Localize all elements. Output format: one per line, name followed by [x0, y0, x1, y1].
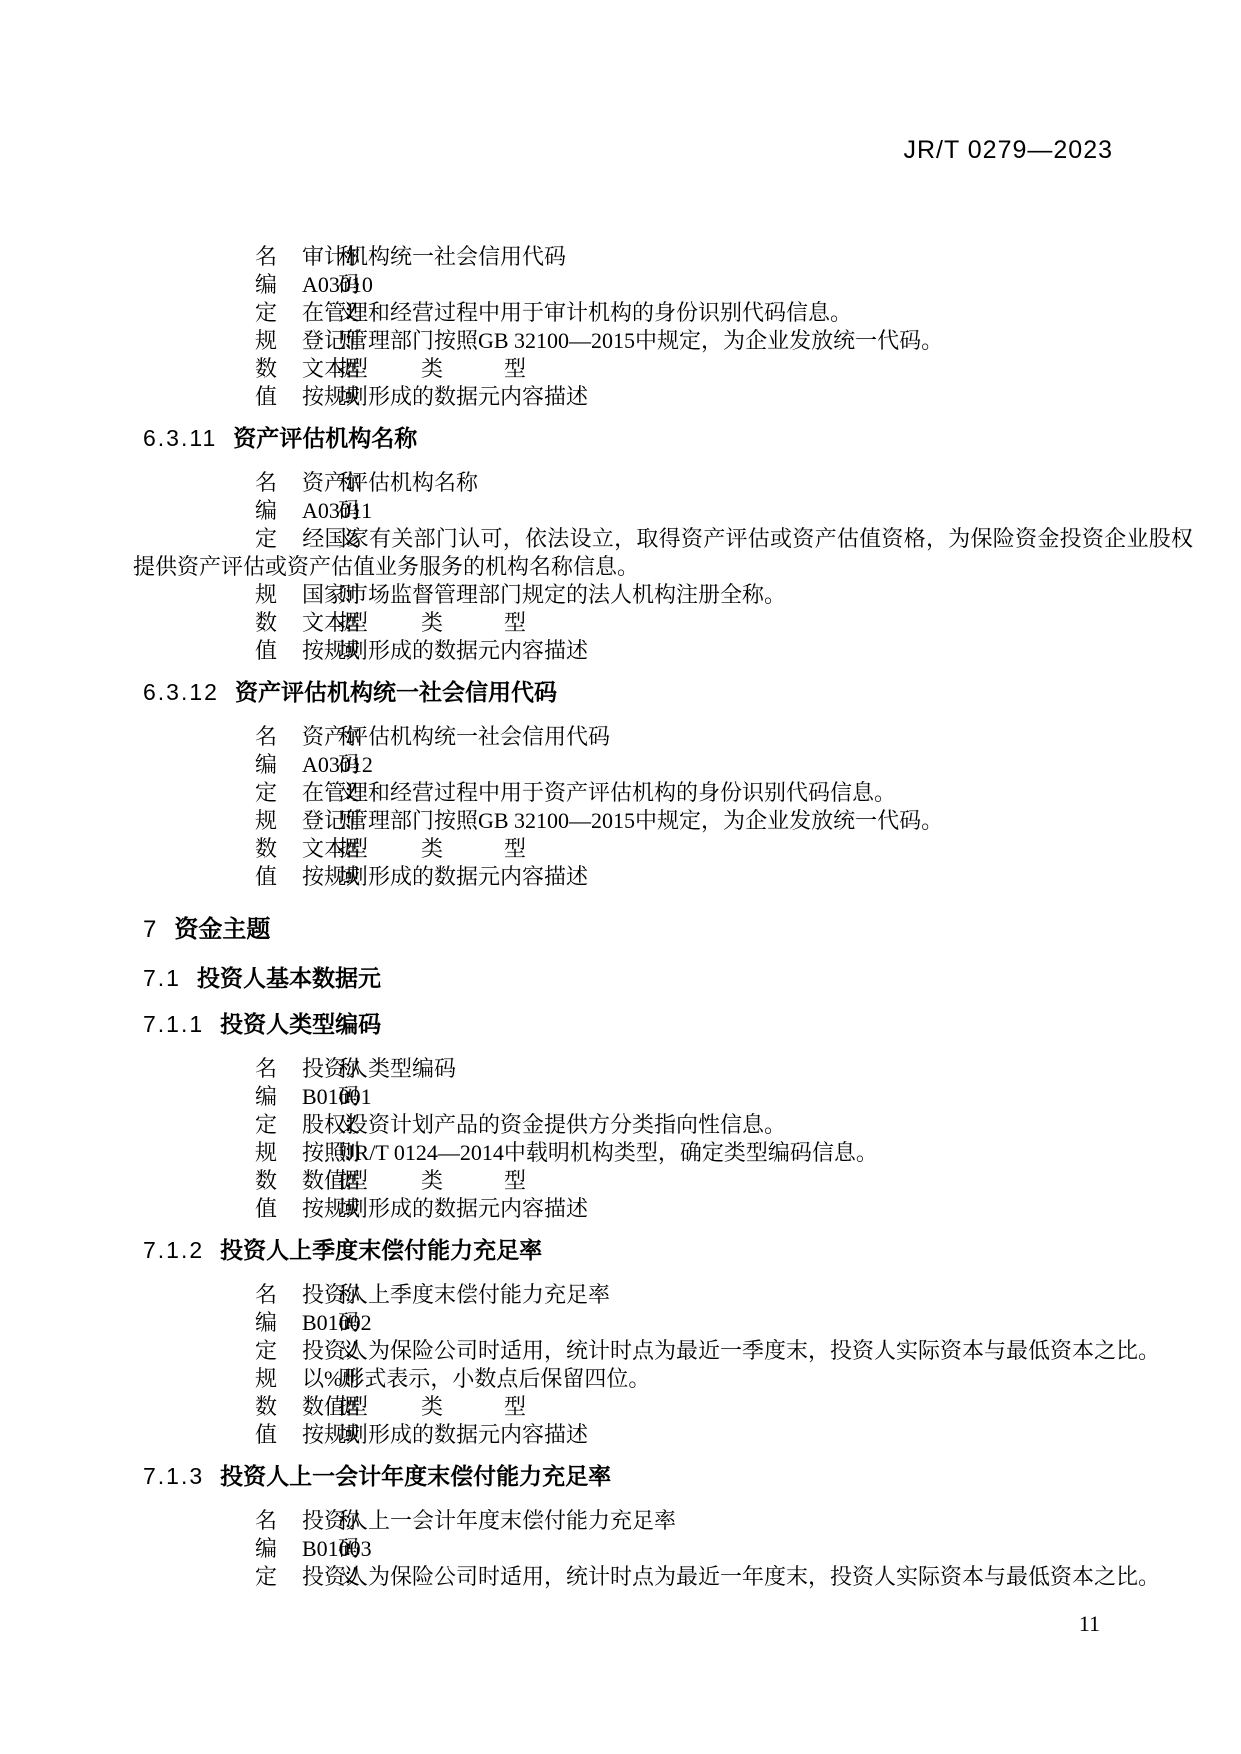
field-colon: ：	[282, 1281, 302, 1309]
field-label-char: 名	[194, 1507, 277, 1535]
data-element-field: 规则：以%形式表示，小数点后保留四位。	[133, 1365, 1193, 1393]
field-value: 投资人上季度末偿付能力充足率	[302, 1282, 610, 1307]
field-label-char: 数	[194, 1393, 277, 1421]
section-heading: 7.1投资人基本数据元	[143, 963, 1193, 993]
field-label-char: 编	[194, 1535, 277, 1563]
field-label: 数据类型	[194, 835, 282, 863]
field-label: 定义	[194, 1337, 282, 1365]
field-label: 定义	[194, 525, 282, 553]
field-colon: ：	[282, 1337, 302, 1365]
field-label-char: 名	[194, 1055, 277, 1083]
field-value: 按规则形成的数据元内容描述	[302, 638, 588, 663]
field-label: 定义	[194, 299, 282, 327]
field-colon: ：	[282, 581, 302, 609]
field-colon: ：	[282, 1563, 302, 1591]
field-value: 文本型	[302, 356, 368, 381]
field-value: 在管理和经营过程中用于审计机构的身份识别代码信息。	[302, 300, 852, 325]
field-label-char: 名	[194, 723, 277, 751]
field-label-char: 值	[194, 383, 277, 411]
data-element-field: 名称：资产评估机构统一社会信用代码	[133, 723, 1193, 751]
field-label: 名称	[194, 243, 282, 271]
data-element-field: 名称：资产评估机构名称	[133, 469, 1193, 497]
data-element-field: 编码：B01001	[133, 1083, 1193, 1111]
field-value: 在管理和经营过程中用于资产评估机构的身份识别代码信息。	[302, 780, 896, 805]
field-colon: ：	[282, 1139, 302, 1167]
section-title: 投资人类型编码	[220, 1011, 381, 1037]
data-element-field: 数据类型：文本型	[133, 609, 1193, 637]
field-label-char: 值	[194, 1421, 277, 1449]
field-label-char: 类	[360, 835, 443, 863]
field-label-char: 规	[194, 1365, 277, 1393]
field-value: 登记管理部门按照GB 32100—2015中规定，为企业发放统一代码。	[302, 328, 943, 353]
field-label: 名称	[194, 469, 282, 497]
field-colon: ：	[282, 609, 302, 637]
page-number: 11	[1079, 1610, 1100, 1638]
doc-standard-code: JR/T 0279—2023	[904, 134, 1114, 166]
field-colon: ：	[282, 469, 302, 497]
field-value: 登记管理部门按照GB 32100—2015中规定，为企业发放统一代码。	[302, 808, 943, 833]
field-label-char: 型	[443, 609, 526, 637]
section-number: 7.1.1	[143, 1011, 204, 1037]
field-label-char: 规	[194, 1139, 277, 1167]
field-label: 值域	[194, 383, 282, 411]
data-element-field: 编码：A03012	[133, 751, 1193, 779]
field-value: 资产评估机构名称	[302, 470, 478, 495]
field-label-char: 定	[194, 1563, 277, 1591]
field-label-char: 值	[194, 1195, 277, 1223]
field-label-char: 类	[360, 355, 443, 383]
field-label-char: 编	[194, 751, 277, 779]
field-label: 定义	[194, 1563, 282, 1591]
data-element-field: 定义：投资人为保险公司时适用，统计时点为最近一季度末，投资人实际资本与最低资本之…	[133, 1337, 1193, 1365]
data-element-field: 编码：B01003	[133, 1535, 1193, 1563]
field-label-char: 数	[194, 609, 277, 637]
field-colon: ：	[282, 383, 302, 411]
field-label-char: 名	[194, 243, 277, 271]
field-label: 数据类型	[194, 1393, 282, 1421]
data-element-field: 规则：国家市场监督管理部门规定的法人机构注册全称。	[133, 581, 1193, 609]
field-label-char: 定	[194, 525, 277, 553]
data-element-field: 数据类型：文本型	[133, 835, 1193, 863]
section-number: 7.1	[143, 965, 181, 991]
field-colon: ：	[282, 1055, 302, 1083]
field-label-char: 数	[194, 355, 277, 383]
field-colon: ：	[282, 1167, 302, 1195]
field-label-char: 定	[194, 1111, 277, 1139]
field-colon: ：	[282, 1507, 302, 1535]
field-value: 数值型	[302, 1168, 368, 1193]
field-label-char: 值	[194, 863, 277, 891]
data-element-field: 定义：在管理和经营过程中用于资产评估机构的身份识别代码信息。	[133, 779, 1193, 807]
field-colon: ：	[282, 327, 302, 355]
field-value: B01003	[302, 1536, 372, 1561]
field-label: 名称	[194, 1055, 282, 1083]
data-element-field: 数据类型：文本型	[133, 355, 1193, 383]
field-colon: ：	[282, 355, 302, 383]
section-title: 投资人上季度末偿付能力充足率	[220, 1237, 542, 1263]
field-value: 按规则形成的数据元内容描述	[302, 1196, 588, 1221]
field-label: 编码	[194, 497, 282, 525]
data-element-field: 编码：A03011	[133, 497, 1193, 525]
field-label-char: 定	[194, 1337, 277, 1365]
document-page: JR/T 0279—2023 名称：审计机构统一社会信用代码编码：A03010定…	[0, 0, 1241, 1754]
field-label: 编码	[194, 1535, 282, 1563]
field-value: A03011	[302, 498, 372, 523]
field-value: 资产评估机构统一社会信用代码	[302, 724, 610, 749]
field-value: 按规则形成的数据元内容描述	[302, 1422, 588, 1447]
field-value: 按规则形成的数据元内容描述	[302, 384, 588, 409]
field-label-char: 数	[194, 835, 277, 863]
field-colon: ：	[282, 497, 302, 525]
field-colon: ：	[282, 271, 302, 299]
data-element-field: 定义：投资人为保险公司时适用，统计时点为最近一年度末，投资人实际资本与最低资本之…	[133, 1563, 1193, 1591]
data-element-field: 名称：投资人上一会计年度末偿付能力充足率	[133, 1507, 1193, 1535]
field-label: 名称	[194, 1281, 282, 1309]
field-colon: ：	[282, 1535, 302, 1563]
field-label: 编码	[194, 271, 282, 299]
section-number: 7	[143, 916, 158, 943]
field-label-char: 值	[194, 637, 277, 665]
field-colon: ：	[282, 1309, 302, 1337]
data-element-field: 值域：按规则形成的数据元内容描述	[133, 863, 1193, 891]
data-element-field: 规则：按照JR/T 0124—2014中载明机构类型，确定类型编码信息。	[133, 1139, 1193, 1167]
data-element-field: 规则：登记管理部门按照GB 32100—2015中规定，为企业发放统一代码。	[133, 807, 1193, 835]
field-label-char: 类	[360, 1167, 443, 1195]
field-colon: ：	[282, 723, 302, 751]
data-element-field: 定义：经国家有关部门认可，依法设立，取得资产评估或资产估值资格，为保险资金投资企…	[133, 525, 1193, 581]
field-colon: ：	[282, 1195, 302, 1223]
field-value: 投资人上一会计年度末偿付能力充足率	[302, 1508, 676, 1533]
data-element-field: 名称：审计机构统一社会信用代码	[133, 243, 1193, 271]
field-value: 审计机构统一社会信用代码	[302, 244, 566, 269]
field-value: 文本型	[302, 610, 368, 635]
field-label-char: 定	[194, 779, 277, 807]
field-value: 投资人类型编码	[302, 1056, 456, 1081]
section-number: 7.1.2	[143, 1237, 204, 1263]
field-colon: ：	[282, 835, 302, 863]
field-label: 名称	[194, 1507, 282, 1535]
field-label: 规则	[194, 581, 282, 609]
field-label-char: 类	[360, 1393, 443, 1421]
section-number: 7.1.3	[143, 1463, 204, 1489]
data-element-field: 名称：投资人上季度末偿付能力充足率	[133, 1281, 1193, 1309]
field-label-char: 类	[360, 609, 443, 637]
field-label: 规则	[194, 1139, 282, 1167]
data-element-field: 规则：登记管理部门按照GB 32100—2015中规定，为企业发放统一代码。	[133, 327, 1193, 355]
field-label: 规则	[194, 327, 282, 355]
field-value: B01002	[302, 1310, 372, 1335]
data-element-field: 值域：按规则形成的数据元内容描述	[133, 637, 1193, 665]
document-body: 名称：审计机构统一社会信用代码编码：A03010定义：在管理和经营过程中用于审计…	[133, 243, 1193, 1591]
field-value: 投资人为保险公司时适用，统计时点为最近一年度末，投资人实际资本与最低资本之比。	[302, 1564, 1160, 1589]
field-label-char: 名	[194, 1281, 277, 1309]
field-value: 股权投资计划产品的资金提供方分类指向性信息。	[302, 1112, 786, 1137]
field-colon: ：	[282, 1421, 302, 1449]
section-heading: 7.1.2投资人上季度末偿付能力充足率	[143, 1235, 1193, 1265]
field-label: 数据类型	[194, 609, 282, 637]
field-label-char: 型	[443, 1167, 526, 1195]
field-label-char: 编	[194, 271, 277, 299]
field-colon: ：	[282, 1365, 302, 1393]
field-label-char: 编	[194, 1309, 277, 1337]
field-label: 数据类型	[194, 1167, 282, 1195]
field-value: 文本型	[302, 836, 368, 861]
field-colon: ：	[282, 525, 302, 553]
field-colon: ：	[282, 637, 302, 665]
field-value: A03010	[302, 272, 373, 297]
data-element-field: 数据类型：数值型	[133, 1167, 1193, 1195]
field-label-char: 编	[194, 1083, 277, 1111]
field-label-char: 规	[194, 581, 277, 609]
field-label-char: 编	[194, 497, 277, 525]
field-value: 按规则形成的数据元内容描述	[302, 864, 588, 889]
section-title: 资产评估机构统一社会信用代码	[235, 679, 557, 705]
field-label: 编码	[194, 1083, 282, 1111]
field-label: 规则	[194, 807, 282, 835]
section-number: 6.3.12	[143, 679, 219, 705]
data-element-field: 数据类型：数值型	[133, 1393, 1193, 1421]
field-value: 按照JR/T 0124—2014中载明机构类型，确定类型编码信息。	[302, 1140, 878, 1165]
field-label: 定义	[194, 779, 282, 807]
field-label-char: 数	[194, 1167, 277, 1195]
section-title: 投资人基本数据元	[197, 965, 381, 991]
field-colon: ：	[282, 243, 302, 271]
field-label-char: 规	[194, 807, 277, 835]
section-heading: 7资金主题	[143, 915, 1193, 945]
field-value: 投资人为保险公司时适用，统计时点为最近一季度末，投资人实际资本与最低资本之比。	[302, 1338, 1160, 1363]
field-label: 名称	[194, 723, 282, 751]
field-label: 值域	[194, 637, 282, 665]
field-value: A03012	[302, 752, 373, 777]
data-element-field: 值域：按规则形成的数据元内容描述	[133, 1195, 1193, 1223]
data-element-field: 编码：A03010	[133, 271, 1193, 299]
section-heading: 6.3.12资产评估机构统一社会信用代码	[143, 677, 1193, 707]
field-label: 值域	[194, 1421, 282, 1449]
field-label: 编码	[194, 1309, 282, 1337]
field-colon: ：	[282, 863, 302, 891]
field-value: 国家市场监督管理部门规定的法人机构注册全称。	[302, 582, 786, 607]
field-label-char: 型	[443, 1393, 526, 1421]
section-title: 投资人上一会计年度末偿付能力充足率	[220, 1463, 611, 1489]
data-element-field: 定义：股权投资计划产品的资金提供方分类指向性信息。	[133, 1111, 1193, 1139]
field-label: 定义	[194, 1111, 282, 1139]
field-label: 数据类型	[194, 355, 282, 383]
data-element-field: 值域：按规则形成的数据元内容描述	[133, 1421, 1193, 1449]
field-colon: ：	[282, 751, 302, 779]
field-label: 规则	[194, 1365, 282, 1393]
field-value: 数值型	[302, 1394, 368, 1419]
data-element-field: 定义：在管理和经营过程中用于审计机构的身份识别代码信息。	[133, 299, 1193, 327]
field-label: 值域	[194, 863, 282, 891]
field-label-char: 型	[443, 835, 526, 863]
field-colon: ：	[282, 779, 302, 807]
section-heading: 7.1.3投资人上一会计年度末偿付能力充足率	[143, 1461, 1193, 1491]
section-heading: 7.1.1投资人类型编码	[143, 1009, 1193, 1039]
field-colon: ：	[282, 1083, 302, 1111]
field-colon: ：	[282, 807, 302, 835]
field-label-char: 型	[443, 355, 526, 383]
field-label-char: 定	[194, 299, 277, 327]
field-label: 编码	[194, 751, 282, 779]
field-value: 以%形式表示，小数点后保留四位。	[302, 1366, 650, 1391]
field-label-char: 名	[194, 469, 277, 497]
field-label: 值域	[194, 1195, 282, 1223]
field-value: B01001	[302, 1084, 372, 1109]
section-heading: 6.3.11资产评估机构名称	[143, 423, 1193, 453]
data-element-field: 名称：投资人类型编码	[133, 1055, 1193, 1083]
data-element-field: 编码：B01002	[133, 1309, 1193, 1337]
field-colon: ：	[282, 1393, 302, 1421]
section-title: 资金主题	[174, 916, 270, 943]
field-label-char: 规	[194, 327, 277, 355]
section-number: 6.3.11	[143, 425, 217, 451]
field-colon: ：	[282, 1111, 302, 1139]
field-colon: ：	[282, 299, 302, 327]
section-title: 资产评估机构名称	[233, 425, 417, 451]
data-element-field: 值域：按规则形成的数据元内容描述	[133, 383, 1193, 411]
